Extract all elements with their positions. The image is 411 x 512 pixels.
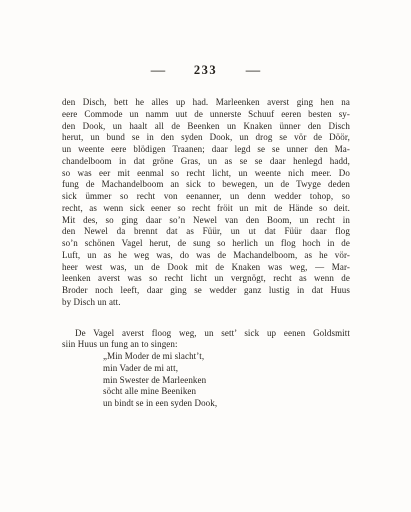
text-line: so was eer mit eenmal so recht licht, un… xyxy=(62,168,350,180)
paragraph-2: De Vagel averst floog weg, un sett’ sick… xyxy=(62,328,350,352)
text-line: den Dook, un haalt all de Beenken un Kna… xyxy=(62,121,350,133)
text-line: De Vagel averst floog weg, un sett’ sick… xyxy=(62,328,350,340)
text-line: un weente eere blödigen Traanen; daar le… xyxy=(62,144,350,156)
text-line: eere Commode un namm uut de unnerste Sch… xyxy=(62,109,350,121)
text-line: söcht alle mine Beeniken xyxy=(103,386,350,398)
text-line: Luft, un as he weg was, do was de Machan… xyxy=(62,250,350,262)
text-line: herut, un bund se in den syden Dook, un … xyxy=(62,132,350,144)
verse: „Min Moder de mi slacht’t,min Vader de m… xyxy=(103,351,350,410)
text-line: by Disch un att. xyxy=(62,297,350,309)
page-number: 233 xyxy=(194,63,217,77)
text-line: siin Huus un fung an to singen: xyxy=(62,339,350,351)
text-line: Mit des, so ging daar so’n Newel van den… xyxy=(62,215,350,227)
book-page: — 233 — den Disch, bett he alles up had.… xyxy=(0,0,411,512)
text-line: den Disch, bett he alles up had. Marleen… xyxy=(62,97,350,109)
text-line: recht, as wenn sick eener so recht fröit… xyxy=(62,203,350,215)
text-line: fung de Machandelboom an sick to bewegen… xyxy=(62,179,350,191)
text-line: „Min Moder de mi slacht’t, xyxy=(103,351,350,363)
header-dash-left: — xyxy=(151,63,165,77)
text-line: Broder noch leeft, daar ging se wedder g… xyxy=(62,285,350,297)
header-dash-right: — xyxy=(246,63,260,77)
text-line: un bindt se in een syden Dook, xyxy=(103,398,350,410)
paragraph-1: den Disch, bett he alles up had. Marleen… xyxy=(62,97,350,309)
text-line: min Vader de mi att, xyxy=(103,363,350,375)
text-line: min Swester de Marleenken xyxy=(103,375,350,387)
text-line: den Newel da brennt dat as Füür, un ut d… xyxy=(62,226,350,238)
text-line: leenken averst was so recht licht un ver… xyxy=(62,273,350,285)
text-line: heer west was, un de Dook mit de Knaken … xyxy=(62,262,350,274)
text-line: so’n schönen Vagel herut, de sung so her… xyxy=(62,238,350,250)
text-line: sick ümmer so recht von eenanner, un den… xyxy=(62,191,350,203)
page-header: — 233 — xyxy=(0,63,411,77)
text-block: den Disch, bett he alles up had. Marleen… xyxy=(62,97,350,410)
text-line: chandelboom in dat gröne Gras, un as se … xyxy=(62,156,350,168)
